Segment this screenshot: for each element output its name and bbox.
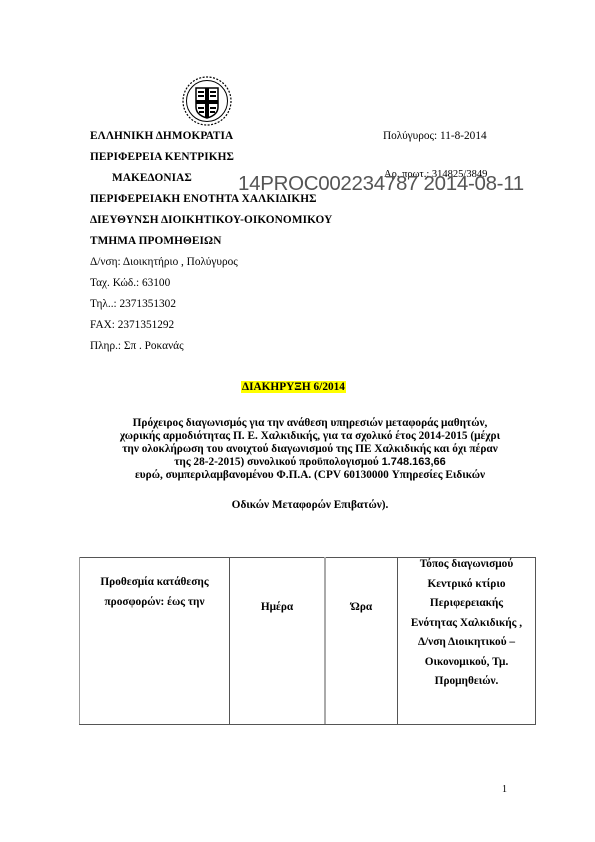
table-divider-2 xyxy=(324,557,326,724)
location-line-6: Οικονομικού, Τμ. xyxy=(398,653,535,673)
org-country: ΕΛΛΗΝΙΚΗ ΔΗΜΟΚΡΑΤΙΑ xyxy=(90,130,233,142)
day-label: Ημέρα xyxy=(230,598,324,618)
location-line-3: Περιφερειακής xyxy=(398,594,535,614)
location-line-1: Τόπος διαγωνισμού xyxy=(398,555,535,575)
intro-line-2: χωρικής αρμοδιότητας Π. Ε. Χαλκιδικής, γ… xyxy=(90,430,530,443)
location-line-2: Κεντρικό κτίριο xyxy=(398,575,535,595)
intro-line-3: την ολοκλήρωση του ανοιχτού διαγωνισμού … xyxy=(90,443,530,456)
intro-line-4-text: της 28-2-2015) συνολικού προϋπολογισμού xyxy=(174,456,381,468)
contact-info: Πληρ.: Σπ . Ροκανάς xyxy=(90,340,184,352)
table-header-day: Ημέρα xyxy=(230,598,324,618)
place-date: Πολύγυρος: 11-8-2014 xyxy=(383,130,487,142)
contact-phone: Τηλ..: 2371351302 xyxy=(90,298,176,310)
location-line-5: Δ/νση Διοικητικού – xyxy=(398,633,535,653)
intro-paragraph: Πρόχειρος διαγωνισμός για την ανάθεση υπ… xyxy=(90,417,530,482)
deadline-line-2: προσφορών: έως την xyxy=(80,593,229,613)
page-number: 1 xyxy=(502,784,507,795)
contact-address: Δ/νση: Διοικητήριο , Πολύγυρος xyxy=(90,256,238,268)
contact-postal-code: Ταχ. Κώδ.: 63100 xyxy=(90,277,170,289)
intro-line-4: της 28-2-2015) συνολικού προϋπολογισμού … xyxy=(90,456,530,469)
document-title: ΔΙΑΚΗΡΥΞΗ 6/2014 xyxy=(241,377,346,395)
table-header-deadline: Προθεσμία κατάθεσης προσφορών: έως την xyxy=(80,573,229,612)
greek-coat-of-arms-icon xyxy=(181,75,233,127)
table-header-time: Ώρα xyxy=(326,598,397,618)
org-directorate: ΔΙΕΥΘΥΝΣΗ ΔΙΟΙΚΗΤΙΚΟΥ-ΟΙΚΟΝΟΜΙΚΟΥ xyxy=(90,214,332,226)
intro-line-5: ευρώ, συμπεριλαμβανομένου Φ.Π.Α. (CPV 60… xyxy=(90,469,530,482)
location-line-4: Ενότητας Χαλκιδικής , xyxy=(398,614,535,634)
intro-line-1: Πρόχειρος διαγωνισμός για την ανάθεση υπ… xyxy=(90,417,530,430)
location-line-7: Προμηθειών. xyxy=(398,672,535,692)
table-header-location: Τόπος διαγωνισμού Κεντρικό κτίριο Περιφε… xyxy=(398,555,535,692)
contact-fax: FAX: 2371351292 xyxy=(90,319,174,331)
org-department: ΤΜΗΜΑ ΠΡΟΜΗΘΕΙΩΝ xyxy=(90,235,221,247)
org-region: ΠΕΡΙΦΕΡΕΙΑ ΚΕΝΤΡΙΚΗΣ xyxy=(90,151,234,163)
org-region-cont: ΜΑΚΕΔΟΝΙΑΣ xyxy=(112,172,192,184)
table-divider-1 xyxy=(229,557,230,724)
table-border-right xyxy=(535,557,536,724)
registry-watermark: 14PROC002234787 2014-08-11 xyxy=(238,172,524,196)
title-text: ΔΙΑΚΗΡΥΞΗ 6/2014 xyxy=(241,381,346,393)
intro-line-6: Οδικών Μεταφορών Επιβατών). xyxy=(90,499,530,511)
time-label: Ώρα xyxy=(326,598,397,618)
deadline-line-1: Προθεσμία κατάθεσης xyxy=(80,573,229,593)
budget-amount: 1.748.163,66 xyxy=(382,456,446,468)
